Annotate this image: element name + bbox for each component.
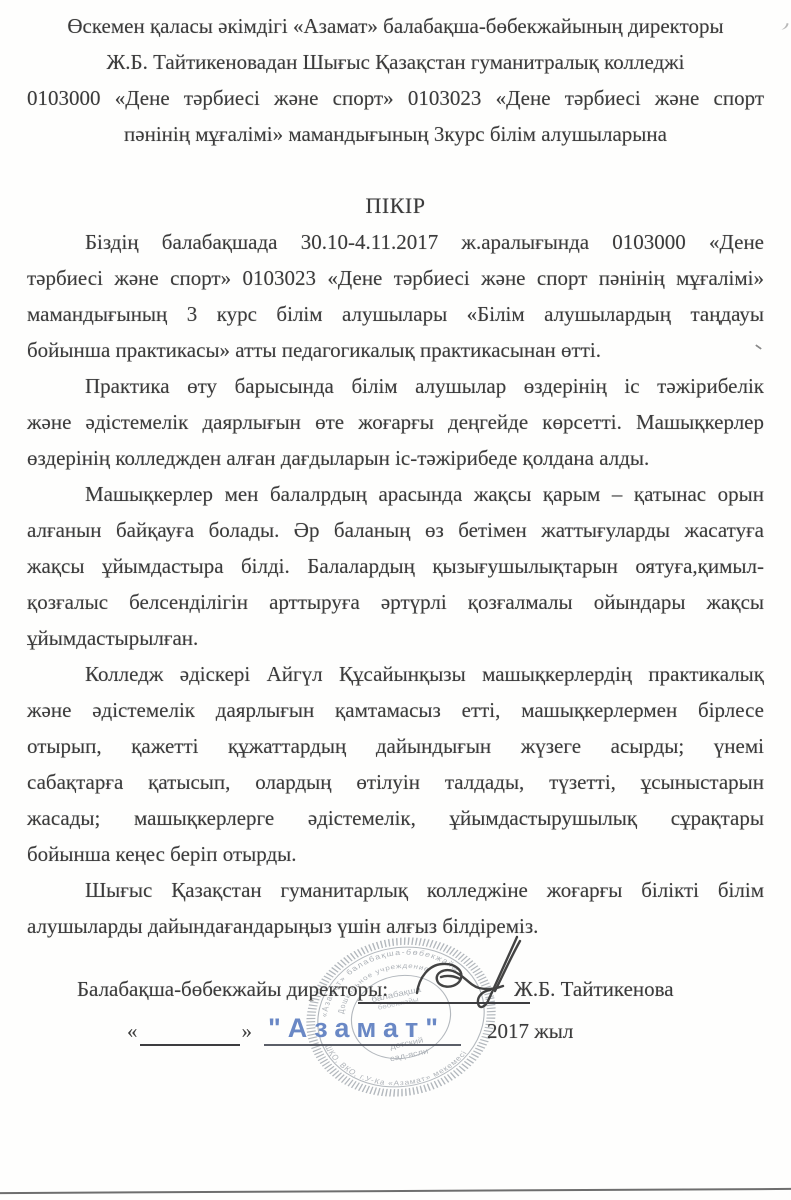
text-line: бойынша кеңес беріп отырды. xyxy=(27,836,764,872)
paragraph: Машықкерлер мен балалрдың арасында жақсы… xyxy=(27,476,764,656)
scanned-document-page: Өскемен қаласы әкімдігі «Азамат» балабақ… xyxy=(0,0,791,1200)
paragraph: Практика өту барысында білім алушылар өз… xyxy=(27,368,764,476)
signature-line xyxy=(358,978,530,1004)
scan-artifact xyxy=(775,21,788,31)
text-line: тәрбиесі және спорт» 0103023 «Дене тәрби… xyxy=(27,260,764,296)
text-line: Практика өту барысында білім алушылар өз… xyxy=(27,368,764,404)
paragraph: Колледж әдіскері Айгүл Құсайынқызы машық… xyxy=(27,656,764,872)
text-line: жасады; машықкерлерге әдістемелік, ұйымд… xyxy=(27,800,764,836)
text-line: отырып, қажетті құжаттардың дайындығын ж… xyxy=(27,728,764,764)
date-blank-line xyxy=(140,1020,240,1046)
text-line: алғанын байқауға болады. Әр баланың өз б… xyxy=(27,512,764,548)
paragraph: Біздің балабақшада 30.10-4.11.2017 ж.ара… xyxy=(27,224,764,368)
text-line: жақсы ұйымдастыра білді. Балалардың қызы… xyxy=(27,548,764,584)
stamp-center-name: "Азамат" xyxy=(264,1013,461,1046)
text-line: және әдістемелік даярлығын қамтамасыз ет… xyxy=(27,692,764,728)
signer-name: Ж.Б. Тайтикенова xyxy=(514,976,674,1002)
text-line: ұйымдастырылған. xyxy=(27,620,764,656)
open-quote: « xyxy=(127,1016,138,1046)
text-line: және әдістемелік даярлығын өте жоғарғы д… xyxy=(27,404,764,440)
text-line: Біздің балабақшада 30.10-4.11.2017 ж.ара… xyxy=(27,224,764,260)
text-line: бойынша практикасы» атты педагогикалық п… xyxy=(27,332,764,368)
year-text: 2017 жыл xyxy=(487,1016,573,1046)
scanned-page-bottom-edge xyxy=(0,1188,791,1194)
text-line: мамандығының 3 курс білім алушылары «Біл… xyxy=(27,296,764,332)
text-line: өздерінің колледжден алған дағдыларын іс… xyxy=(27,440,764,476)
text-line: қозғалыс белсенділігін арттыруға әртүрлі… xyxy=(27,584,764,620)
header-line: пәнінің мұғалімі» мамандығының 3курс біл… xyxy=(27,116,764,152)
text-line: сабақтарға қатысып, олардың өтілуін талд… xyxy=(27,764,764,800)
document-body: Өскемен қаласы әкімдігі «Азамат» балабақ… xyxy=(27,8,764,944)
header-block: Өскемен қаласы әкімдігі «Азамат» балабақ… xyxy=(27,8,764,152)
date-line: « » "Азамат" 2017 жыл xyxy=(127,1013,573,1046)
handwritten-signature xyxy=(345,933,533,1017)
document-title: ПІКІР xyxy=(27,188,764,224)
paragraphs: Біздің балабақшада 30.10-4.11.2017 ж.ара… xyxy=(27,224,764,944)
header-line: Өскемен қаласы әкімдігі «Азамат» балабақ… xyxy=(27,8,764,44)
text-line: Шығыс Қазақстан гуманитарлық колледжіне … xyxy=(27,872,764,908)
text-line: Колледж әдіскері Айгүл Құсайынқызы машық… xyxy=(27,656,764,692)
text-line: Машықкерлер мен балалрдың арасында жақсы… xyxy=(27,476,764,512)
header-line: 0103000 «Дене тәрбиесі және спорт» 01030… xyxy=(27,80,764,116)
signature-role-label: Балабақша-бөбекжайы директоры: xyxy=(77,976,388,1002)
header-line: Ж.Б. Тайтикеновадан Шығыс Қазақстан гума… xyxy=(27,44,764,80)
close-quote: » xyxy=(242,1016,253,1046)
